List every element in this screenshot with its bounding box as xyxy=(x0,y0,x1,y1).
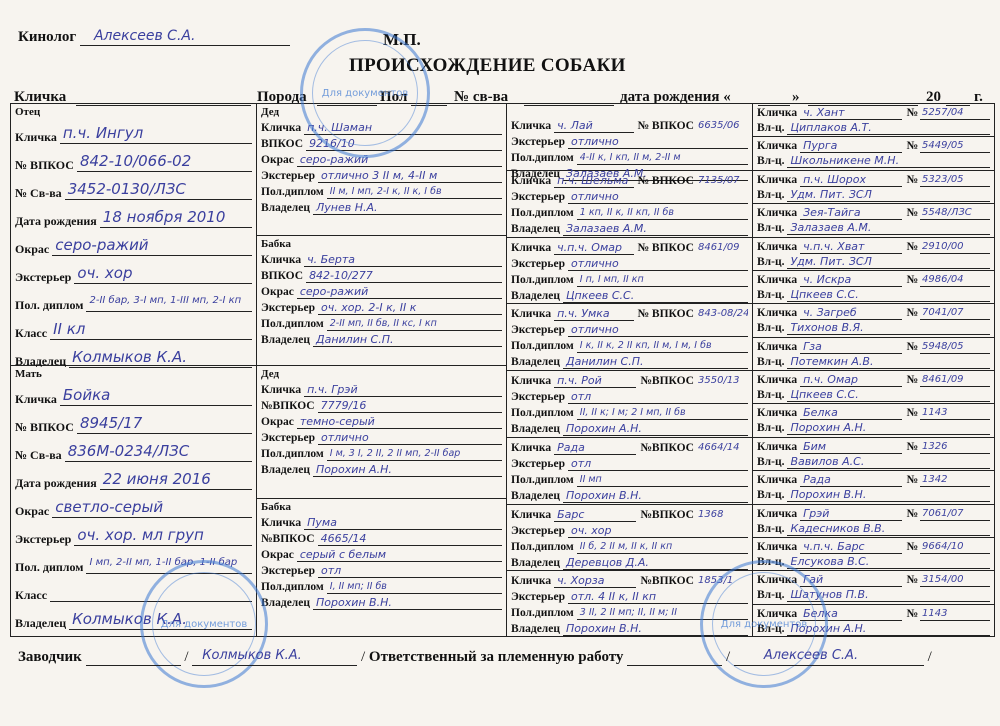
great-grandparent-vpkos: 4664/14 xyxy=(696,441,748,455)
label: Окрас xyxy=(15,242,49,256)
ancestor-owner: Порохин А.Н. xyxy=(787,421,990,435)
label: Владелец xyxy=(261,333,310,347)
label: Вл-ц. xyxy=(757,288,784,302)
label: Пол.диплом xyxy=(511,540,574,554)
mother-vpkos: 8945/17 xyxy=(77,416,252,434)
label: №ВПКОС xyxy=(640,508,694,522)
great-grandparent-exterior: отлично xyxy=(568,257,748,271)
ancestor-number: 7061/07 xyxy=(920,507,990,521)
great-grandparent-block: Кличкап.ч. Шельма№ ВПКОС7135/07Экстерьер… xyxy=(507,171,752,238)
great-grandparent-name: ч. Лай xyxy=(554,119,633,133)
pedigree-table: Отец Кличкап.ч. Ингул № ВПКОС842-10/066-… xyxy=(10,103,995,637)
father-exterior: оч. хор xyxy=(74,266,252,284)
label: №ВПКОС xyxy=(640,574,694,588)
label: №ВПКОС xyxy=(261,532,315,546)
label: Кличка xyxy=(757,373,797,387)
responsible-name: Алексеев С.А. xyxy=(734,648,924,666)
mother-cert: 836М-0234/ЛЗС xyxy=(65,444,252,462)
label: Вл-ц. xyxy=(757,321,784,335)
great-grandparent-diploma: II мп xyxy=(577,473,748,487)
label: Владелец xyxy=(261,201,310,215)
great-grandparent-vpkos: 1368 xyxy=(696,508,748,522)
great-grandparent-name: п.ч. Умка xyxy=(554,307,633,321)
great-grandparent-name: Рада xyxy=(554,441,636,455)
label: Пол.диплом xyxy=(511,151,574,165)
great-grandparent-exterior: отлично xyxy=(568,190,748,204)
ancestor-number: 1143 xyxy=(920,406,990,420)
responsible-signature xyxy=(627,648,722,666)
ancestor-number: 5449/05 xyxy=(920,139,990,153)
label: № ВПКОС xyxy=(638,307,695,321)
label: Кличка xyxy=(511,441,551,455)
label: Окрас xyxy=(261,285,294,299)
label: Владелец xyxy=(511,289,560,303)
ancestor-name: Рада xyxy=(800,473,902,487)
label: Вл-ц. xyxy=(757,221,784,235)
ancestor-block: КличкаРада№1342Вл-ц.Порохин В.Н. xyxy=(753,471,994,504)
label: Кличка xyxy=(757,540,797,554)
grandparent-color: серо-ражий xyxy=(297,153,502,167)
label: Владелец xyxy=(15,616,66,630)
father-vpkos: 842-10/066-02 xyxy=(77,154,252,172)
grandparent-diploma: I, II мп; II бв xyxy=(327,580,502,594)
label: Владелец xyxy=(261,463,310,477)
label: Пол.диплом xyxy=(511,206,574,220)
grandparent-vpkos: 842-10/277 xyxy=(306,269,502,283)
responsible-label: Ответственный за племенную работу xyxy=(369,649,624,665)
grandparent-name: п.ч. Грэй xyxy=(304,383,502,397)
father-class: II кл xyxy=(50,322,252,340)
great-grandparent-name: ч.п.ч. Омар xyxy=(554,241,633,255)
grandmother-block: БабкаКличкаПума№ВПКОС4665/14Окрассерый с… xyxy=(257,499,506,638)
great-grandparent-block: Кличкач. Лай№ ВПКОС6635/06Экстерьеротлич… xyxy=(507,116,752,171)
stamp-icon: Для документов xyxy=(300,28,430,158)
footer-signatures: Заводчик / Колмыков К.А. / Ответственный… xyxy=(18,648,988,670)
label: Кличка xyxy=(757,173,797,187)
great-grandparent-block: Кличкап.ч. Рой№ВПКОС3550/13ЭкстерьеротлП… xyxy=(507,371,752,438)
label: Пол.диплом xyxy=(511,406,574,420)
label: Владелец xyxy=(511,422,560,436)
label: Кличка xyxy=(511,307,551,321)
label: № ВПКОС xyxy=(638,119,695,133)
ancestors-column: Кличкач. Хант№5257/04Вл-ц.Циплаков А.Т.К… xyxy=(753,104,994,636)
label: № xyxy=(906,406,918,420)
label: № xyxy=(906,440,918,454)
label: Кличка xyxy=(757,406,797,420)
label: Класс xyxy=(15,326,47,340)
label: Кличка xyxy=(261,516,301,530)
ancestor-owner: Цпкеев С.С. xyxy=(787,388,990,402)
label: Кличка xyxy=(511,241,551,255)
ancestor-name: Грэй xyxy=(800,507,902,521)
ancestor-owner: Школьникене М.Н. xyxy=(787,154,990,168)
label: Кличка xyxy=(757,139,797,153)
breeder-name: Колмыков К.А. xyxy=(192,648,357,666)
ancestor-block: КличкаБелка№1143Вл-ц.Порохин А.Н. xyxy=(753,404,994,437)
label: Экстерьер xyxy=(261,301,315,315)
label: № xyxy=(906,173,918,187)
ancestor-name: Бим xyxy=(800,440,902,454)
label: Экстерьер xyxy=(511,323,565,337)
label: № xyxy=(906,340,918,354)
label: Экстерьер xyxy=(15,270,71,284)
ancestor-number: 5548/ЛЗС xyxy=(920,206,990,220)
great-grandparent-vpkos: 6635/06 xyxy=(696,119,748,133)
label: ВПКОС xyxy=(261,137,303,151)
label: Класс xyxy=(15,588,47,602)
label: Вл-ц. xyxy=(757,421,784,435)
label: Кличка xyxy=(511,119,551,133)
ancestor-owner: Порохин В.Н. xyxy=(787,488,990,502)
label: Владелец xyxy=(511,355,560,369)
ancestor-block: КличкаЗея-Тайга№5548/ЛЗСВл-ц.Залазаев А.… xyxy=(753,204,994,237)
father-color: серо-ражий xyxy=(52,238,252,256)
label: Кличка xyxy=(757,206,797,220)
great-grandparent-exterior: отл xyxy=(568,457,748,471)
great-grandparent-vpkos: 8461/09 xyxy=(696,241,748,255)
father-heading: Отец xyxy=(15,106,252,116)
label: Владелец xyxy=(511,222,560,236)
label: Окрас xyxy=(261,415,294,429)
grandparent-color: серый с белым xyxy=(297,548,502,562)
label: Владелец xyxy=(511,489,560,503)
great-grandparent-exterior: оч. хор xyxy=(568,524,748,538)
label: Владелец xyxy=(511,622,560,636)
label: Вл-ц. xyxy=(757,255,784,269)
label: № xyxy=(906,373,918,387)
grandparent-diploma: II м, I мп, 2-I к, II к, I бв xyxy=(327,185,502,199)
label: № xyxy=(906,206,918,220)
label: Кличка xyxy=(511,374,551,388)
great-grandparent-exterior: отлично xyxy=(568,323,748,337)
great-grandparent-block: КличкаБарс№ВПКОС1368Экстерьероч. хорПол.… xyxy=(507,505,752,572)
label: Кличка xyxy=(261,383,301,397)
label: Вл-ц. xyxy=(757,522,784,536)
label: Кличка xyxy=(757,473,797,487)
great-grandparent-name: п.ч. Рой xyxy=(554,374,636,388)
ancestor-name: ч.п.ч. Барс xyxy=(800,540,902,554)
great-grandparent-diploma: I п, I мп, II кп xyxy=(577,273,748,287)
ancestor-block: Кличкач. Загреб№7041/07Вл-ц.Тихонов В.Я. xyxy=(753,304,994,337)
label: Окрас xyxy=(15,504,49,518)
grandparent-vpkos: 7779/16 xyxy=(318,399,502,413)
label: Экстерьер xyxy=(511,590,565,604)
grandparent-exterior: оч. хор. 2-I к, II к xyxy=(318,301,502,315)
great-grandparent-diploma: II б, 2 II м, II к, II кп xyxy=(577,540,748,554)
label: Кличка xyxy=(757,273,797,287)
label: №ВПКОС xyxy=(640,374,694,388)
label: Вл-ц. xyxy=(757,388,784,402)
kinolog-label: Кинолог xyxy=(18,29,76,45)
mother-heading: Мать xyxy=(15,368,252,378)
ancestor-number: 7041/07 xyxy=(920,306,990,320)
father-birth: 18 ноября 2010 xyxy=(100,210,252,228)
label: Пол.диплом xyxy=(511,339,574,353)
label: Кличка xyxy=(511,508,551,522)
great-grandparent-owner: Данилин С.П. xyxy=(563,355,748,369)
mother-color: светло-серый xyxy=(52,500,252,518)
label: Пол. диплом xyxy=(15,560,83,574)
label: Кличка xyxy=(757,106,797,120)
parents-column: Отец Кличкап.ч. Ингул № ВПКОС842-10/066-… xyxy=(11,104,257,636)
label: Кличка xyxy=(757,440,797,454)
ancestor-number: 2910/00 xyxy=(920,240,990,254)
ancestor-number: 4986/04 xyxy=(920,273,990,287)
father-name: п.ч. Ингул xyxy=(60,126,252,144)
ancestor-number: 5257/04 xyxy=(920,106,990,120)
great-grandparent-owner: Цпкеев С.С. xyxy=(563,289,748,303)
mother-name: Бойка xyxy=(60,388,252,406)
grandfather-block: ДедКличкап.ч. Грэй№ВПКОС7779/16Окрастемн… xyxy=(257,366,506,499)
label: № xyxy=(906,106,918,120)
label: Кличка xyxy=(757,240,797,254)
stamp-text: Для документов xyxy=(322,88,408,99)
great-grandparent-owner: Деревцов Д.А. xyxy=(563,556,748,570)
label: Экстерьер xyxy=(511,190,565,204)
ancestor-number: 9664/10 xyxy=(920,540,990,554)
label: Экстерьер xyxy=(511,135,565,149)
label: Экстерьер xyxy=(511,524,565,538)
ancestor-name: ч. Загреб xyxy=(800,306,902,320)
ancestor-name: п.ч. Шорох xyxy=(800,173,902,187)
ancestor-owner: Циплаков А.Т. xyxy=(787,121,990,135)
label: Экстерьер xyxy=(261,431,315,445)
label: №ВПКОС xyxy=(640,441,694,455)
stamp-text: Для документов xyxy=(721,619,807,630)
great-grandparent-vpkos: 843-08/244 xyxy=(696,307,748,321)
ancestor-owner: Вавилов А.С. xyxy=(787,455,990,469)
label: Кличка xyxy=(261,121,301,135)
ancestor-owner: Удм. Пит. ЗСЛ xyxy=(787,188,990,202)
breeder-label: Заводчик xyxy=(18,649,82,665)
ancestor-number: 5323/05 xyxy=(920,173,990,187)
great-grandparent-block: Кличкап.ч. Умка№ ВПКОС843-08/244Экстерье… xyxy=(507,304,752,371)
ancestor-owner: Залазаев А.М. xyxy=(787,221,990,235)
ancestor-block: КличкаБим№1326Вл-ц.Вавилов А.С. xyxy=(753,438,994,471)
ancestor-block: Кличкап.ч. Омар№8461/09Вл-ц.Цпкеев С.С. xyxy=(753,371,994,404)
label: Вл-ц. xyxy=(757,154,784,168)
grandparent-owner: Данилин С.П. xyxy=(313,333,502,347)
label: Вл-ц. xyxy=(757,121,784,135)
label: Пол.диплом xyxy=(511,273,574,287)
label: Пол.диплом xyxy=(511,606,574,620)
great-grandparent-block: КличкаРада№ВПКОС4664/14ЭкстерьеротлПол.д… xyxy=(507,438,752,505)
label: Владелец xyxy=(261,596,310,610)
label: № ВПКОС xyxy=(15,158,74,172)
great-grandparent-name: п.ч. Шельма xyxy=(554,174,633,188)
ancestor-name: Белка xyxy=(800,406,902,420)
grandparent-exterior: отлично 3 II м, 4-II м xyxy=(318,169,502,183)
great-grandparent-name: ч. Хорза xyxy=(554,574,636,588)
grandparent-diploma: I м, 3 I, 2 II, 2 II мп, 2-II бар xyxy=(327,447,502,461)
label: № xyxy=(906,607,918,621)
ancestor-name: Зея-Тайга xyxy=(800,206,902,220)
great-grandparent-diploma: I к, II к, 2 II кп, II м, I м, I бв xyxy=(577,339,748,353)
label: Пол.диплом xyxy=(261,317,324,331)
grandparent-name: Пума xyxy=(304,516,502,530)
label: Пол. диплом xyxy=(15,298,83,312)
label: Экстерьер xyxy=(511,390,565,404)
ancestor-owner: Цпкеев С.С. xyxy=(787,288,990,302)
label: №ВПКОС xyxy=(261,399,315,413)
ancestor-name: ч. Искра xyxy=(800,273,902,287)
father-diploma: 2-II бар, 3-I мп, 1-III мп, 2-I кп xyxy=(86,294,252,312)
label: Пол.диплом xyxy=(511,473,574,487)
ancestor-name: Гза xyxy=(800,340,902,354)
label: Дата рождения xyxy=(15,476,97,490)
great-grandparent-name: Барс xyxy=(554,508,636,522)
great-grandparent-exterior: отл xyxy=(568,390,748,404)
label: Пол.диплом xyxy=(261,580,324,594)
ancestor-block: Кличкап.ч. Шорох№5323/05Вл-ц.Удм. Пит. З… xyxy=(753,171,994,204)
ancestor-block: Кличкач. Искра№4986/04Вл-ц.Цпкеев С.С. xyxy=(753,271,994,304)
ancestor-number: 8461/09 xyxy=(920,373,990,387)
label: № ВПКОС xyxy=(15,420,74,434)
mother-birth: 22 июня 2016 xyxy=(100,472,252,490)
great-grandparent-exterior: отлично xyxy=(568,135,748,149)
label: № Св-ва xyxy=(15,186,62,200)
label: Кличка xyxy=(757,306,797,320)
ancestor-block: КличкаГза№5948/05Вл-ц.Потемкин А.В. xyxy=(753,338,994,371)
ancestor-block: Кличкач. Хант№5257/04Вл-ц.Циплаков А.Т. xyxy=(753,104,994,137)
label: № xyxy=(906,240,918,254)
great-grandparents-column: Кличкач. Лай№ ВПКОС6635/06Экстерьеротлич… xyxy=(507,104,753,636)
label: ВПКОС xyxy=(261,269,303,283)
label: № xyxy=(906,273,918,287)
grandparent-heading: Дед xyxy=(261,368,502,381)
kinolog-field: Кинолог Алексеев С.А. xyxy=(18,28,290,46)
grandparent-owner: Лунев Н.А. xyxy=(313,201,502,215)
ancestor-number: 1342 xyxy=(920,473,990,487)
father-cert: 3452-0130/ЛЗС xyxy=(65,182,252,200)
label: Кличка xyxy=(757,340,797,354)
label: Окрас xyxy=(261,153,294,167)
ancestor-number: 5948/05 xyxy=(920,340,990,354)
label: № ВПКОС xyxy=(638,174,695,188)
grandparent-vpkos: 4665/14 xyxy=(318,532,502,546)
label: Вл-ц. xyxy=(757,355,784,369)
label: № xyxy=(906,507,918,521)
ancestor-block: КличкаГрэй№7061/07Вл-ц.Кадесников В.В. xyxy=(753,505,994,538)
breeder-signature xyxy=(86,648,181,666)
great-grandparent-block: Кличкач.п.ч. Омар№ ВПКОС8461/09Экстерьер… xyxy=(507,238,752,305)
ancestor-owner: Кадесников В.В. xyxy=(787,522,990,536)
kinolog-value: Алексеев С.А. xyxy=(80,28,290,46)
grandparent-owner: Порохин А.Н. xyxy=(313,463,502,477)
grandparent-exterior: отл xyxy=(318,564,502,578)
label: Кличка xyxy=(757,507,797,521)
label: Окрас xyxy=(261,548,294,562)
grandparent-color: серо-ражий xyxy=(297,285,502,299)
great-grandparent-vpkos: 7135/07 xyxy=(696,174,748,188)
label: Пол.диплом xyxy=(261,185,324,199)
label: Экстерьер xyxy=(15,532,71,546)
great-grandparent-owner: Залазаев А.М. xyxy=(563,222,748,236)
ancestor-name: ч.п.ч. Хват xyxy=(800,240,902,254)
great-grandparent-owner: Порохин В.Н. xyxy=(563,489,748,503)
label: Экстерьер xyxy=(261,169,315,183)
ancestor-owner: Удм. Пит. ЗСЛ xyxy=(787,255,990,269)
ancestor-name: ч. Хант xyxy=(800,106,902,120)
ancestor-name: Пурга xyxy=(800,139,902,153)
ancestor-block: Кличкач.п.ч. Хват№2910/00Вл-ц.Удм. Пит. … xyxy=(753,238,994,271)
ancestor-owner: Потемкин А.В. xyxy=(787,355,990,369)
label: Кличка xyxy=(15,392,57,406)
grandparents-column: ДедКличкап.ч. ШаманВПКОС9216/10Окрассеро… xyxy=(257,104,507,636)
great-grandparent-vpkos: 3550/13 xyxy=(696,374,748,388)
mother-exterior: оч. хор. мл груп xyxy=(74,528,252,546)
label: Владелец xyxy=(511,556,560,570)
grandparent-diploma: 2-II мп, II бв, II кс, I кп xyxy=(327,317,502,331)
ancestor-owner: Елсукова В.С. xyxy=(787,555,990,569)
great-grandparent-owner: Порохин А.Н. xyxy=(563,422,748,436)
ancestor-number: 1143 xyxy=(920,607,990,621)
grandmother-block: БабкаКличкач. БертаВПКОС842-10/277Окрасс… xyxy=(257,236,506,366)
ancestor-name: п.ч. Омар xyxy=(800,373,902,387)
label: Кличка xyxy=(511,574,551,588)
great-grandparent-diploma: 1 кп, II к, II кп, II бв xyxy=(577,206,748,220)
label: Пол.диплом xyxy=(261,447,324,461)
label: № xyxy=(906,573,918,587)
label: № xyxy=(906,540,918,554)
label: Экстерьер xyxy=(511,257,565,271)
label: № xyxy=(906,139,918,153)
label: № Св-ва xyxy=(15,448,62,462)
label: Экстерьер xyxy=(511,457,565,471)
label: Дата рождения xyxy=(15,214,97,228)
grandparent-name: ч. Берта xyxy=(304,253,502,267)
father-block: Отец Кличкап.ч. Ингул № ВПКОС842-10/066-… xyxy=(11,104,256,366)
label: Вл-ц. xyxy=(757,188,784,202)
label: № xyxy=(906,306,918,320)
label: Вл-ц. xyxy=(757,488,784,502)
ancestor-block: КличкаПурга№5449/05Вл-ц.Школьникене М.Н. xyxy=(753,137,994,170)
label: Кличка xyxy=(511,174,551,188)
grandparent-heading: Бабка xyxy=(261,501,502,514)
grandparent-heading: Бабка xyxy=(261,238,502,251)
label: № xyxy=(906,473,918,487)
label: Кличка xyxy=(15,130,57,144)
label: Вл-ц. xyxy=(757,455,784,469)
label: Экстерьер xyxy=(261,564,315,578)
great-grandparent-diploma: II, II к; I м; 2 I мп, II бв xyxy=(577,406,748,420)
grandparent-owner: Порохин В.Н. xyxy=(313,596,502,610)
label: Кличка xyxy=(261,253,301,267)
grandparent-exterior: отлично xyxy=(318,431,502,445)
great-grandparent-diploma: 4-II к, I кп, II м, 2-II м xyxy=(577,151,748,165)
label: № ВПКОС xyxy=(638,241,695,255)
ancestor-number: 3154/00 xyxy=(920,573,990,587)
stamp-text: Для документов xyxy=(161,619,247,630)
ancestor-number: 1326 xyxy=(920,440,990,454)
grandparent-color: темно-серый xyxy=(297,415,502,429)
ancestor-owner: Тихонов В.Я. xyxy=(787,321,990,335)
